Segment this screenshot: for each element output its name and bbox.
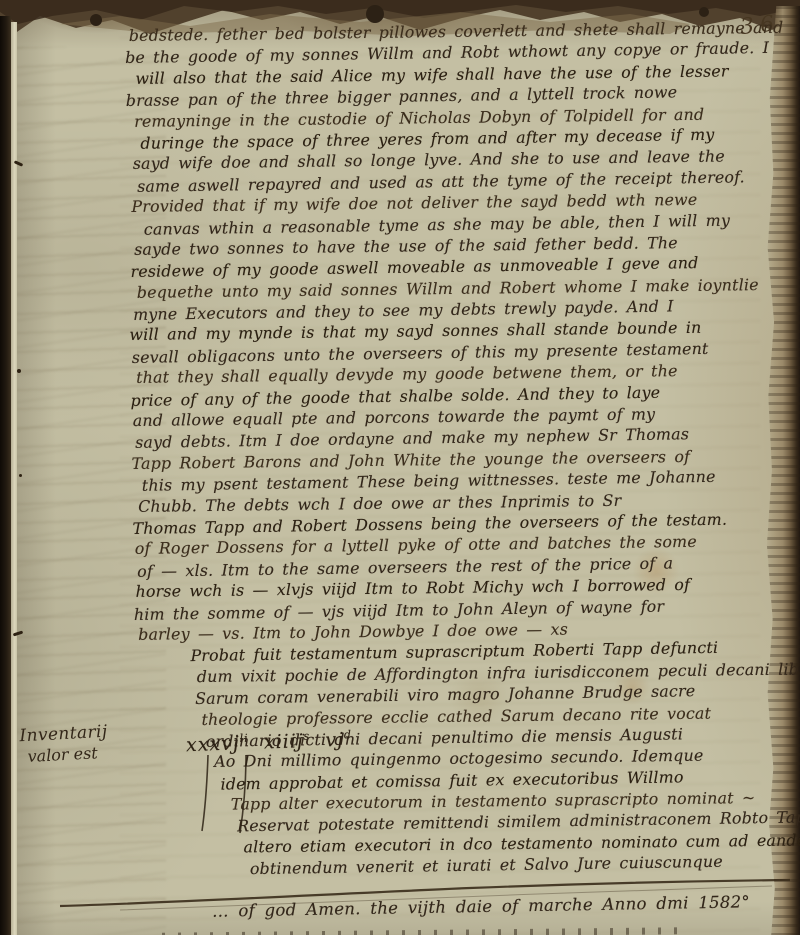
amount-shillings: xiiij — [263, 730, 304, 753]
ink-speck — [17, 369, 21, 373]
amount-pence: vj — [325, 729, 344, 752]
manuscript-photo: 36 bedstede. fether bed bolster pillowes… — [0, 0, 800, 935]
amount-pence-unit: d — [344, 728, 352, 741]
previous-page-edge — [11, 22, 17, 935]
ink-speck — [19, 474, 22, 477]
binding-edge — [0, 16, 11, 935]
margin-note: Inventarij valor est — [19, 722, 109, 767]
pen-stroke-tails — [180, 755, 270, 835]
amount-shillings-unit: s — [303, 730, 310, 743]
amount-pounds: xxxvj — [186, 732, 241, 756]
amount-pounds-unit: li — [239, 732, 248, 745]
